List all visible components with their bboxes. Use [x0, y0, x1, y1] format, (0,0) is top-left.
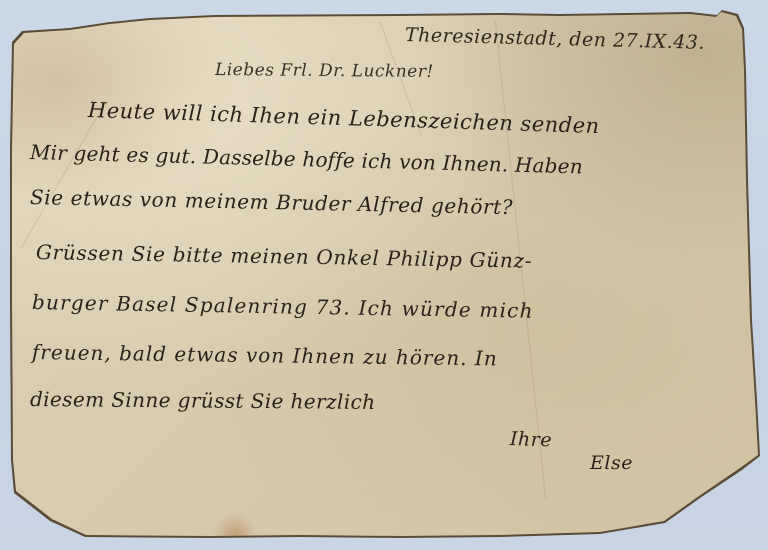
body-line-7: diesem Sinne grüsst Sie herzlich [30, 387, 376, 414]
body-line-3: Sie etwas von meinem Bruder Alfred gehör… [30, 185, 514, 219]
place-date-heading: Theresienstadt, den 27.IX.43. [405, 24, 706, 54]
body-line-4: Grüssen Sie bitte meinen Onkel Philipp G… [36, 240, 533, 273]
salutation: Liebes Frl. Dr. Luckner! [215, 60, 434, 82]
body-line-6: freuen, bald etwas von Ihnen zu hören. I… [32, 340, 498, 371]
paper-crease [20, 110, 101, 249]
body-line-1: Heute will ich Ihen ein Lebenszeichen se… [88, 98, 600, 138]
letter-paper: Theresienstadt, den 27.IX.43. Liebes Frl… [0, 0, 768, 550]
body-line-5: burger Basel Spalenring 73. Ich würde mi… [32, 290, 534, 323]
closing-line: Ihre [510, 428, 553, 451]
signature: Else [590, 452, 633, 474]
body-line-2: Mir geht es gut. Dasselbe hoffe ich von … [30, 140, 583, 178]
